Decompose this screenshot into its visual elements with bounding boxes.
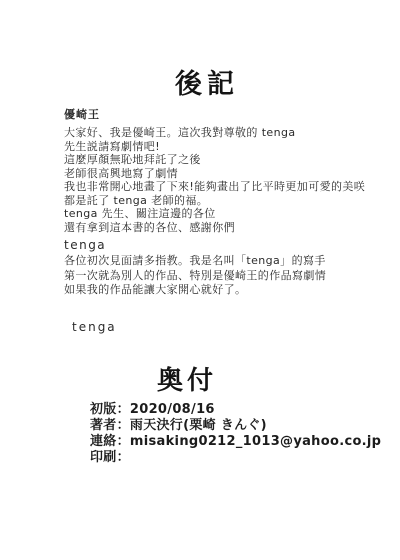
afterword-text-line: 各位初次見面請多指教。我是名叫「tenga」的寫手: [64, 254, 326, 269]
afterword-title: 後記: [0, 62, 400, 101]
colophon-author-line: 著者：雨天決行(栗崎 きんぐ): [90, 418, 381, 434]
afterword-text-line: 如果我的作品能讓大家開心就好了。: [64, 283, 326, 298]
author-afterword-paragraph: 大家好、我是優崎王。這次我對尊敬的 tenga 先生説請寫劇情吧! 這麼厚顏無恥…: [64, 126, 365, 234]
afterword-page: 後記 優崎王 大家好、我是優崎王。這次我對尊敬的 tenga 先生説請寫劇情吧!…: [0, 0, 400, 560]
colophon-printing-line: 印刷：: [90, 450, 381, 466]
writer-signature: tenga: [72, 320, 117, 334]
afterword-text-line: tenga 先生、關注這邊的各位: [64, 207, 365, 221]
colophon-contact-line: 連絡：misaking0212_1013@yahoo.co.jp: [90, 434, 381, 450]
writer-name-label: tenga: [64, 238, 106, 252]
afterword-text-line: 我也非常開心地畫了下來!能夠畫出了比平時更加可愛的美咲: [64, 180, 365, 194]
afterword-text-line: 老師很高興地寫了劇情: [64, 167, 365, 181]
colophon-block: 初版：2020/08/16 著者：雨天決行(栗崎 きんぐ) 連絡：misakin…: [90, 402, 381, 466]
colophon-first-edition-line: 初版：2020/08/16: [90, 402, 381, 418]
afterword-text-line: 都是託了 tenga 老師的福。: [64, 194, 365, 208]
afterword-text-line: 這麼厚顏無恥地拜託了之後: [64, 153, 365, 167]
writer-afterword-paragraph: 各位初次見面請多指教。我是名叫「tenga」的寫手 第一次就為別人的作品、特別是…: [64, 254, 326, 298]
afterword-text-line: 還有拿到這本書的各位、感謝你們: [64, 221, 365, 235]
afterword-text-line: 大家好、我是優崎王。這次我對尊敬的 tenga: [64, 126, 365, 140]
afterword-text-line: 第一次就為別人的作品、特別是優崎王的作品寫劇情: [64, 269, 326, 284]
author-name-label: 優崎王: [64, 106, 100, 122]
afterword-text-line: 先生説請寫劇情吧!: [64, 140, 365, 154]
colophon-title: 奥付: [0, 360, 374, 397]
